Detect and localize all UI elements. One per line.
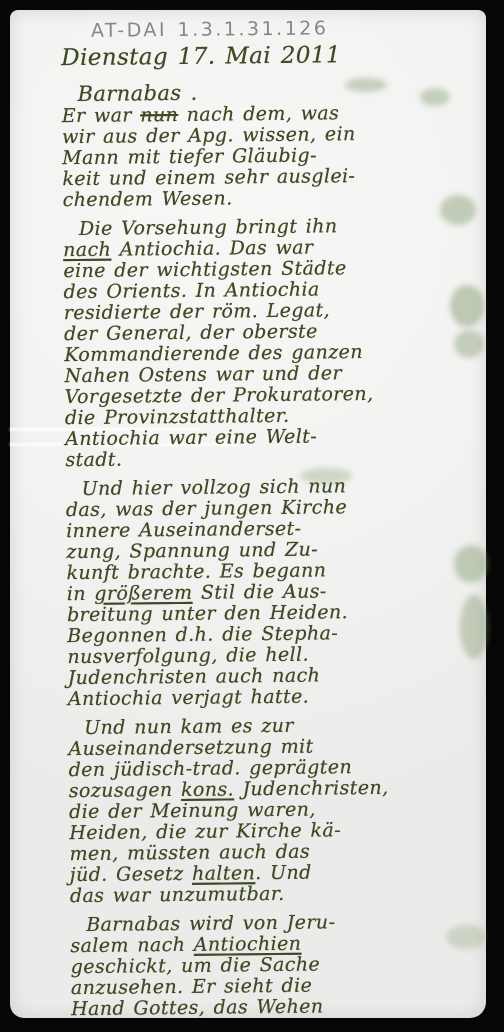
- manuscript-page: AT-DAI 1.3.1.31.126 Dienstag 17. Mai 201…: [10, 10, 486, 1018]
- line-text: . Und: [255, 862, 312, 885]
- paragraph-2: Die Vorsehung bringt ihn nach Antiochia.…: [63, 215, 476, 471]
- paragraph-3: Und hier vollzog sich nun das, was der j…: [66, 475, 478, 710]
- line-text: Judenchristen,: [234, 777, 389, 801]
- date-line: Dienstag 17. Mai 2011: [61, 41, 471, 74]
- struck-word: nun: [140, 104, 178, 126]
- paragraph-1: Barnabas . Er war nun nach dem, was wir …: [61, 78, 472, 211]
- scan-background: AT-DAI 1.3.1.31.126 Dienstag 17. Mai 201…: [0, 0, 504, 1032]
- line-text: in: [67, 583, 95, 605]
- underlined-word: Antiochien: [194, 933, 302, 956]
- manuscript-text: AT-DAI 1.3.1.31.126 Dienstag 17. Mai 201…: [61, 16, 481, 1020]
- underlined-word: halten: [192, 862, 255, 885]
- underlined-word: nach: [63, 239, 111, 262]
- manuscript-line: das war unzumutbar.: [70, 882, 480, 907]
- line-text: Stil die Aus-: [192, 580, 326, 603]
- line-text: nach dem, was: [178, 102, 339, 126]
- paragraph-5: Barnabas wird von Jeru- salem nach Antio…: [70, 911, 481, 1020]
- manuscript-line: Antiochia verjagt hatte.: [68, 685, 478, 710]
- manuscript-line: chendem Wesen.: [63, 186, 473, 211]
- line-text: salem nach: [70, 934, 194, 957]
- paragraph-4: Und nun kam es zur Auseinandersetzung mi…: [68, 714, 480, 907]
- underlined-word: größerem: [94, 582, 192, 605]
- line-text: jüd. Gesetz: [70, 863, 193, 886]
- manuscript-line: stadt.: [65, 446, 475, 471]
- line-text: Er war: [62, 104, 141, 127]
- line-text: sozusagen: [69, 779, 181, 802]
- underlined-word: kons.: [181, 778, 234, 801]
- manuscript-line: Hand Gottes, das Wehen: [71, 995, 481, 1020]
